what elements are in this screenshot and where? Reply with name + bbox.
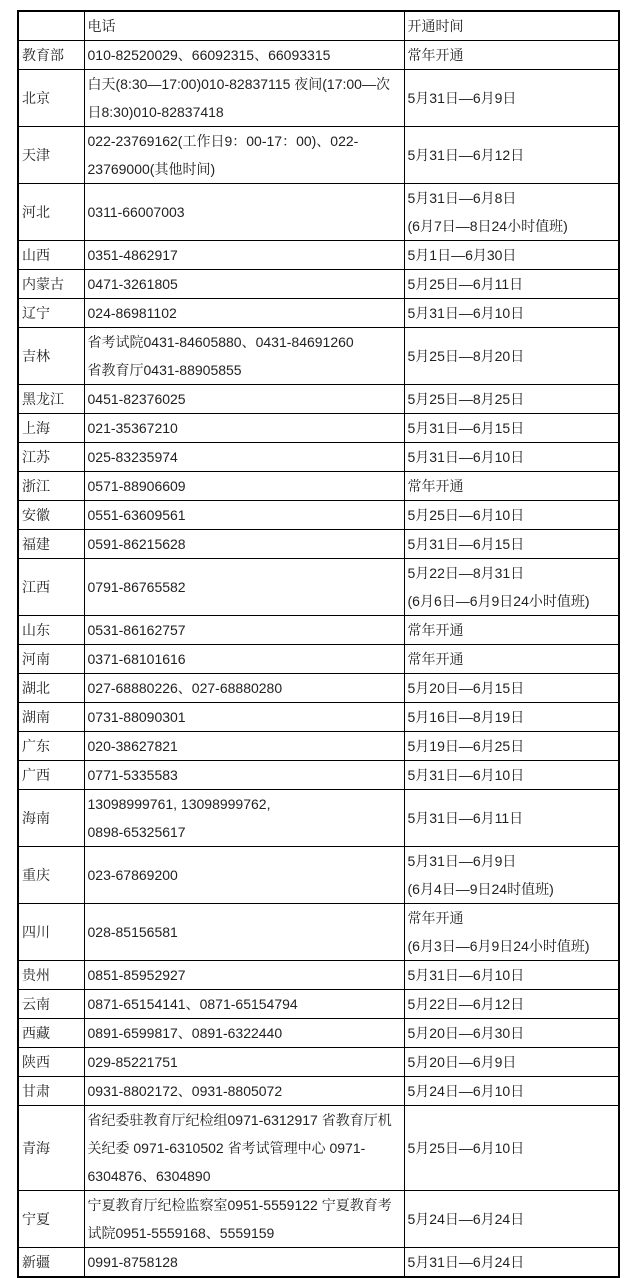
time-column-header: 开通时间 xyxy=(404,11,619,41)
region-cell: 湖北 xyxy=(18,674,84,703)
phone-cell: 027-68880226、027-68880280 xyxy=(84,674,404,703)
table-row: 教育部010-82520029、66092315、66093315常年开通 xyxy=(18,41,619,70)
time-cell: 5月31日—6月15日 xyxy=(404,530,619,559)
time-cell: 5月31日—6月24日 xyxy=(404,1248,619,1278)
region-cell: 青海 xyxy=(18,1106,84,1191)
table-body: 教育部010-82520029、66092315、66093315常年开通北京白… xyxy=(18,41,619,1278)
table-row: 吉林省考试院0431-84605880、0431-84691260 省教育厅04… xyxy=(18,328,619,385)
region-cell: 安徽 xyxy=(18,501,84,530)
time-cell: 5月25日—8月20日 xyxy=(404,328,619,385)
region-cell: 上海 xyxy=(18,414,84,443)
phone-cell: 0351-4862917 xyxy=(84,241,404,270)
region-cell: 吉林 xyxy=(18,328,84,385)
region-cell: 西藏 xyxy=(18,1019,84,1048)
phone-cell: 0931-8802172、0931-8805072 xyxy=(84,1077,404,1106)
table-row: 西藏0891-6599817、0891-63224405月20日—6月30日 xyxy=(18,1019,619,1048)
phone-cell: 0371-68101616 xyxy=(84,645,404,674)
table-row: 宁夏宁夏教育厅纪检监察室0951-5559122 宁夏教育考试院0951-555… xyxy=(18,1191,619,1248)
table-row: 上海021-353672105月31日—6月15日 xyxy=(18,414,619,443)
time-cell: 5月20日—6月15日 xyxy=(404,674,619,703)
phone-cell: 0991-8758128 xyxy=(84,1248,404,1278)
table-row: 海南13098999761, 13098999762, 0898-6532561… xyxy=(18,790,619,847)
time-cell: 常年开通 (6月3日—6月9日24小时值班) xyxy=(404,904,619,961)
time-cell: 5月25日—8月25日 xyxy=(404,385,619,414)
phone-cell: 0551-63609561 xyxy=(84,501,404,530)
time-cell: 5月31日—6月8日 (6月7日—8日24小时值班) xyxy=(404,184,619,241)
phone-cell: 省纪委驻教育厅纪检组0971-6312917 省教育厅机关纪委 0971-631… xyxy=(84,1106,404,1191)
table-row: 四川028-85156581常年开通 (6月3日—6月9日24小时值班) xyxy=(18,904,619,961)
table-row: 湖南0731-880903015月16日—8月19日 xyxy=(18,703,619,732)
region-cell: 湖南 xyxy=(18,703,84,732)
header-row: 电话 开通时间 xyxy=(18,11,619,41)
table-row: 广西0771-53355835月31日—6月10日 xyxy=(18,761,619,790)
table-row: 安徽0551-636095615月25日—6月10日 xyxy=(18,501,619,530)
region-cell: 广西 xyxy=(18,761,84,790)
phone-cell: 宁夏教育厅纪检监察室0951-5559122 宁夏教育考试院0951-55591… xyxy=(84,1191,404,1248)
phone-cell: 022-23769162(工作日9：00-17：00)、022-23769000… xyxy=(84,127,404,184)
phone-cell: 白天(8:30—17:00)010-82837115 夜间(17:00—次日8:… xyxy=(84,70,404,127)
table-row: 天津022-23769162(工作日9：00-17：00)、022-237690… xyxy=(18,127,619,184)
phone-cell: 029-85221751 xyxy=(84,1048,404,1077)
time-cell: 5月24日—6月24日 xyxy=(404,1191,619,1248)
time-cell: 常年开通 xyxy=(404,645,619,674)
time-cell: 5月16日—8月19日 xyxy=(404,703,619,732)
region-cell: 福建 xyxy=(18,530,84,559)
phone-cell: 0591-86215628 xyxy=(84,530,404,559)
region-cell: 广东 xyxy=(18,732,84,761)
phone-cell: 0471-3261805 xyxy=(84,270,404,299)
phone-cell: 0791-86765582 xyxy=(84,559,404,616)
phone-cell: 0731-88090301 xyxy=(84,703,404,732)
table-row: 云南0871-65154141、0871-651547945月22日—6月12日 xyxy=(18,990,619,1019)
phone-cell: 0891-6599817、0891-6322440 xyxy=(84,1019,404,1048)
region-cell: 北京 xyxy=(18,70,84,127)
time-cell: 5月22日—6月12日 xyxy=(404,990,619,1019)
phone-cell: 0451-82376025 xyxy=(84,385,404,414)
time-cell: 5月25日—6月10日 xyxy=(404,501,619,530)
page: 电话 开通时间 教育部010-82520029、66092315、6609331… xyxy=(0,0,637,1247)
table-row: 福建0591-862156285月31日—6月15日 xyxy=(18,530,619,559)
time-cell: 5月31日—6月12日 xyxy=(404,127,619,184)
table-row: 内蒙古0471-32618055月25日—6月11日 xyxy=(18,270,619,299)
phone-cell: 010-82520029、66092315、66093315 xyxy=(84,41,404,70)
time-cell: 常年开通 xyxy=(404,616,619,645)
phone-cell: 0851-85952927 xyxy=(84,961,404,990)
table-row: 河南0371-68101616常年开通 xyxy=(18,645,619,674)
region-cell: 江西 xyxy=(18,559,84,616)
region-cell: 天津 xyxy=(18,127,84,184)
region-cell: 浙江 xyxy=(18,472,84,501)
time-cell: 5月25日—6月11日 xyxy=(404,270,619,299)
region-cell: 贵州 xyxy=(18,961,84,990)
phone-cell: 0871-65154141、0871-65154794 xyxy=(84,990,404,1019)
region-cell: 山东 xyxy=(18,616,84,645)
time-cell: 5月25日—6月10日 xyxy=(404,1106,619,1191)
table-row: 湖北027-68880226、027-688802805月20日—6月15日 xyxy=(18,674,619,703)
table-row: 黑龙江0451-823760255月25日—8月25日 xyxy=(18,385,619,414)
time-cell: 5月31日—6月15日 xyxy=(404,414,619,443)
time-cell: 5月31日—6月11日 xyxy=(404,790,619,847)
time-cell: 5月22日—8月31日 (6月6日—6月9日24小时值班) xyxy=(404,559,619,616)
phone-cell: 0531-86162757 xyxy=(84,616,404,645)
phone-cell: 13098999761, 13098999762, 0898-65325617 xyxy=(84,790,404,847)
time-cell: 5月19日—6月25日 xyxy=(404,732,619,761)
table-row: 青海省纪委驻教育厅纪检组0971-6312917 省教育厅机关纪委 0971-6… xyxy=(18,1106,619,1191)
phone-cell: 021-35367210 xyxy=(84,414,404,443)
table-row: 甘肃0931-8802172、0931-88050725月24日—6月10日 xyxy=(18,1077,619,1106)
region-cell: 教育部 xyxy=(18,41,84,70)
table-row: 贵州0851-859529275月31日—6月10日 xyxy=(18,961,619,990)
region-cell: 陕西 xyxy=(18,1048,84,1077)
phone-cell: 025-83235974 xyxy=(84,443,404,472)
region-cell: 黑龙江 xyxy=(18,385,84,414)
phone-cell: 020-38627821 xyxy=(84,732,404,761)
region-cell: 河北 xyxy=(18,184,84,241)
table-row: 江西0791-867655825月22日—8月31日 (6月6日—6月9日24小… xyxy=(18,559,619,616)
hotline-table: 电话 开通时间 教育部010-82520029、66092315、6609331… xyxy=(17,10,620,1278)
time-cell: 5月20日—6月30日 xyxy=(404,1019,619,1048)
region-cell: 宁夏 xyxy=(18,1191,84,1248)
table-row: 山西0351-48629175月1日—6月30日 xyxy=(18,241,619,270)
time-cell: 5月20日—6月9日 xyxy=(404,1048,619,1077)
table-row: 河北0311-660070035月31日—6月8日 (6月7日—8日24小时值班… xyxy=(18,184,619,241)
time-cell: 5月31日—6月10日 xyxy=(404,761,619,790)
phone-column-header: 电话 xyxy=(84,11,404,41)
phone-cell: 省考试院0431-84605880、0431-84691260 省教育厅0431… xyxy=(84,328,404,385)
table-row: 山东0531-86162757常年开通 xyxy=(18,616,619,645)
region-cell: 四川 xyxy=(18,904,84,961)
region-cell: 新疆 xyxy=(18,1248,84,1278)
region-cell: 重庆 xyxy=(18,847,84,904)
time-cell: 5月1日—6月30日 xyxy=(404,241,619,270)
phone-cell: 023-67869200 xyxy=(84,847,404,904)
region-cell: 江苏 xyxy=(18,443,84,472)
phone-cell: 0311-66007003 xyxy=(84,184,404,241)
phone-cell: 0771-5335583 xyxy=(84,761,404,790)
table-row: 广东020-386278215月19日—6月25日 xyxy=(18,732,619,761)
region-column-header xyxy=(18,11,84,41)
time-cell: 常年开通 xyxy=(404,472,619,501)
phone-cell: 0571-88906609 xyxy=(84,472,404,501)
table-row: 江苏025-832359745月31日—6月10日 xyxy=(18,443,619,472)
table-row: 新疆0991-87581285月31日—6月24日 xyxy=(18,1248,619,1278)
time-cell: 5月31日—6月10日 xyxy=(404,299,619,328)
time-cell: 5月31日—6月9日 xyxy=(404,70,619,127)
table-row: 重庆023-678692005月31日—6月9日 (6月4日—9日24时值班) xyxy=(18,847,619,904)
time-cell: 5月31日—6月9日 (6月4日—9日24时值班) xyxy=(404,847,619,904)
time-cell: 5月24日—6月10日 xyxy=(404,1077,619,1106)
table-row: 陕西029-852217515月20日—6月9日 xyxy=(18,1048,619,1077)
region-cell: 山西 xyxy=(18,241,84,270)
phone-cell: 028-85156581 xyxy=(84,904,404,961)
region-cell: 内蒙古 xyxy=(18,270,84,299)
region-cell: 甘肃 xyxy=(18,1077,84,1106)
table-row: 北京白天(8:30—17:00)010-82837115 夜间(17:00—次日… xyxy=(18,70,619,127)
region-cell: 云南 xyxy=(18,990,84,1019)
region-cell: 海南 xyxy=(18,790,84,847)
time-cell: 常年开通 xyxy=(404,41,619,70)
table-row: 浙江0571-88906609常年开通 xyxy=(18,472,619,501)
time-cell: 5月31日—6月10日 xyxy=(404,443,619,472)
region-cell: 辽宁 xyxy=(18,299,84,328)
region-cell: 河南 xyxy=(18,645,84,674)
time-cell: 5月31日—6月10日 xyxy=(404,961,619,990)
phone-cell: 024-86981102 xyxy=(84,299,404,328)
table-row: 辽宁024-869811025月31日—6月10日 xyxy=(18,299,619,328)
